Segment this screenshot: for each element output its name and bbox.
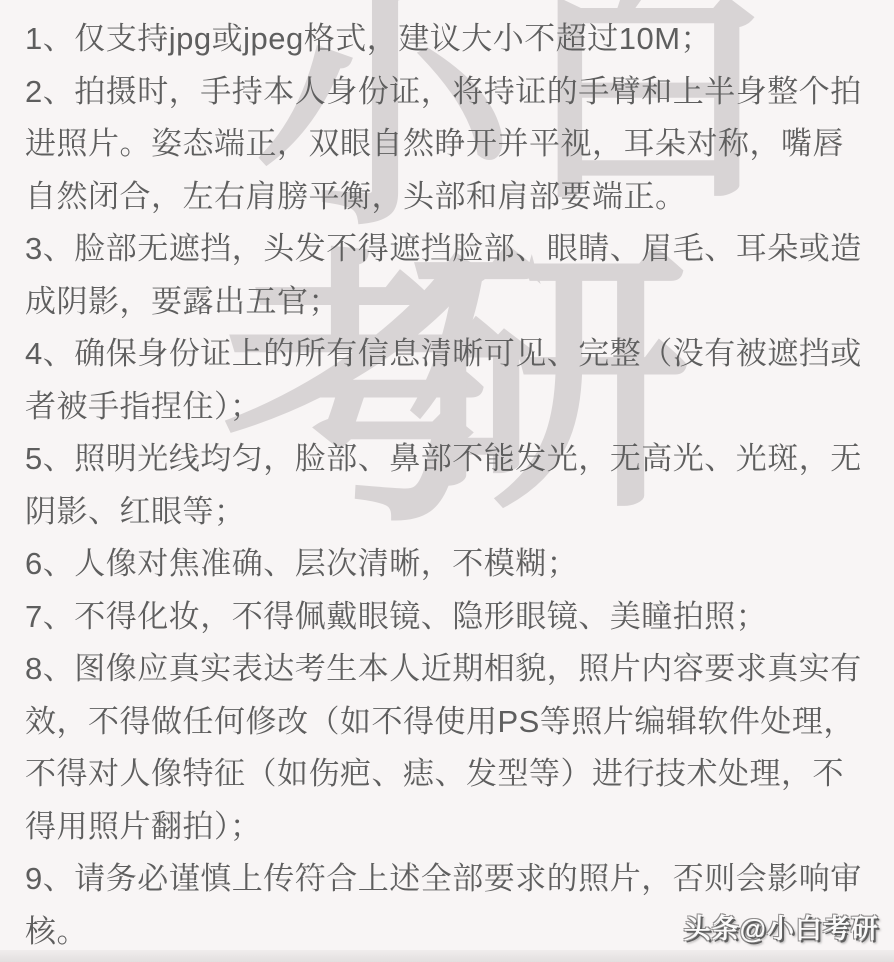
requirement-item-8: 8、图像应真实表达考生本人近期相貌，照片内容要求真实有 效，不得做任何修改（如不… xyxy=(25,643,880,853)
requirement-line: 不得对人像特征（如伤疤、痣、发型等）进行技术处理，不 xyxy=(25,748,880,801)
requirement-item-6: 6、人像对焦准确、层次清晰，不模糊； xyxy=(25,538,880,591)
requirement-line: 4、确保身份证上的所有信息清晰可见、完整（没有被遮挡或 xyxy=(25,328,880,381)
requirements-list: 1、仅支持jpg或jpeg格式，建议大小不超过10M； 2、拍摄时，手持本人身份… xyxy=(0,0,894,958)
requirement-item-3: 3、脸部无遮挡，头发不得遮挡脸部、眼睛、眉毛、耳朵或造 成阴影，要露出五官； xyxy=(25,223,880,328)
toutiao-credit: 头条@小白考研 xyxy=(684,907,879,946)
requirement-line: 成阴影，要露出五官； xyxy=(25,276,880,329)
requirement-line: 6、人像对焦准确、层次清晰，不模糊； xyxy=(25,538,880,591)
requirement-line: 得用照片翻拍）； xyxy=(25,801,880,854)
requirement-line: 5、照明光线均匀，脸部、鼻部不能发光，无高光、光斑，无 xyxy=(25,433,880,486)
requirement-item-7: 7、不得化妆，不得佩戴眼镜、隐形眼镜、美瞳拍照； xyxy=(25,591,880,644)
requirement-item-4: 4、确保身份证上的所有信息清晰可见、完整（没有被遮挡或 者被手指捏住）； xyxy=(25,328,880,433)
requirement-item-5: 5、照明光线均匀，脸部、鼻部不能发光，无高光、光斑，无 阴影、红眼等； xyxy=(25,433,880,538)
requirement-line: 8、图像应真实表达考生本人近期相貌，照片内容要求真实有 xyxy=(25,643,880,696)
requirement-line: 者被手指捏住）； xyxy=(25,381,880,434)
requirement-line: 自然闭合，左右肩膀平衡，头部和肩部要端正。 xyxy=(25,171,880,224)
requirement-line: 7、不得化妆，不得佩戴眼镜、隐形眼镜、美瞳拍照； xyxy=(25,591,880,644)
requirement-line: 进照片。姿态端正，双眼自然睁开并平视，耳朵对称，嘴唇 xyxy=(25,118,880,171)
photo-requirements-page: 小 白 考 研 1、仅支持jpg或jpeg格式，建议大小不超过10M； 2、拍摄… xyxy=(0,0,894,962)
requirement-line: 1、仅支持jpg或jpeg格式，建议大小不超过10M； xyxy=(25,13,880,66)
requirement-item-1: 1、仅支持jpg或jpeg格式，建议大小不超过10M； xyxy=(25,13,880,66)
requirement-line: 3、脸部无遮挡，头发不得遮挡脸部、眼睛、眉毛、耳朵或造 xyxy=(25,223,880,276)
requirement-line: 效，不得做任何修改（如不得使用PS等照片编辑软件处理， xyxy=(25,696,880,749)
requirement-line: 阴影、红眼等； xyxy=(25,486,880,539)
requirement-line: 9、请务必谨慎上传符合上述全部要求的照片，否则会影响审 xyxy=(25,853,880,906)
requirement-item-2: 2、拍摄时，手持本人身份证，将持证的手臂和上半身整个拍 进照片。姿态端正，双眼自… xyxy=(25,66,880,224)
bottom-edge-bar xyxy=(0,950,894,962)
requirement-line: 2、拍摄时，手持本人身份证，将持证的手臂和上半身整个拍 xyxy=(25,66,880,119)
